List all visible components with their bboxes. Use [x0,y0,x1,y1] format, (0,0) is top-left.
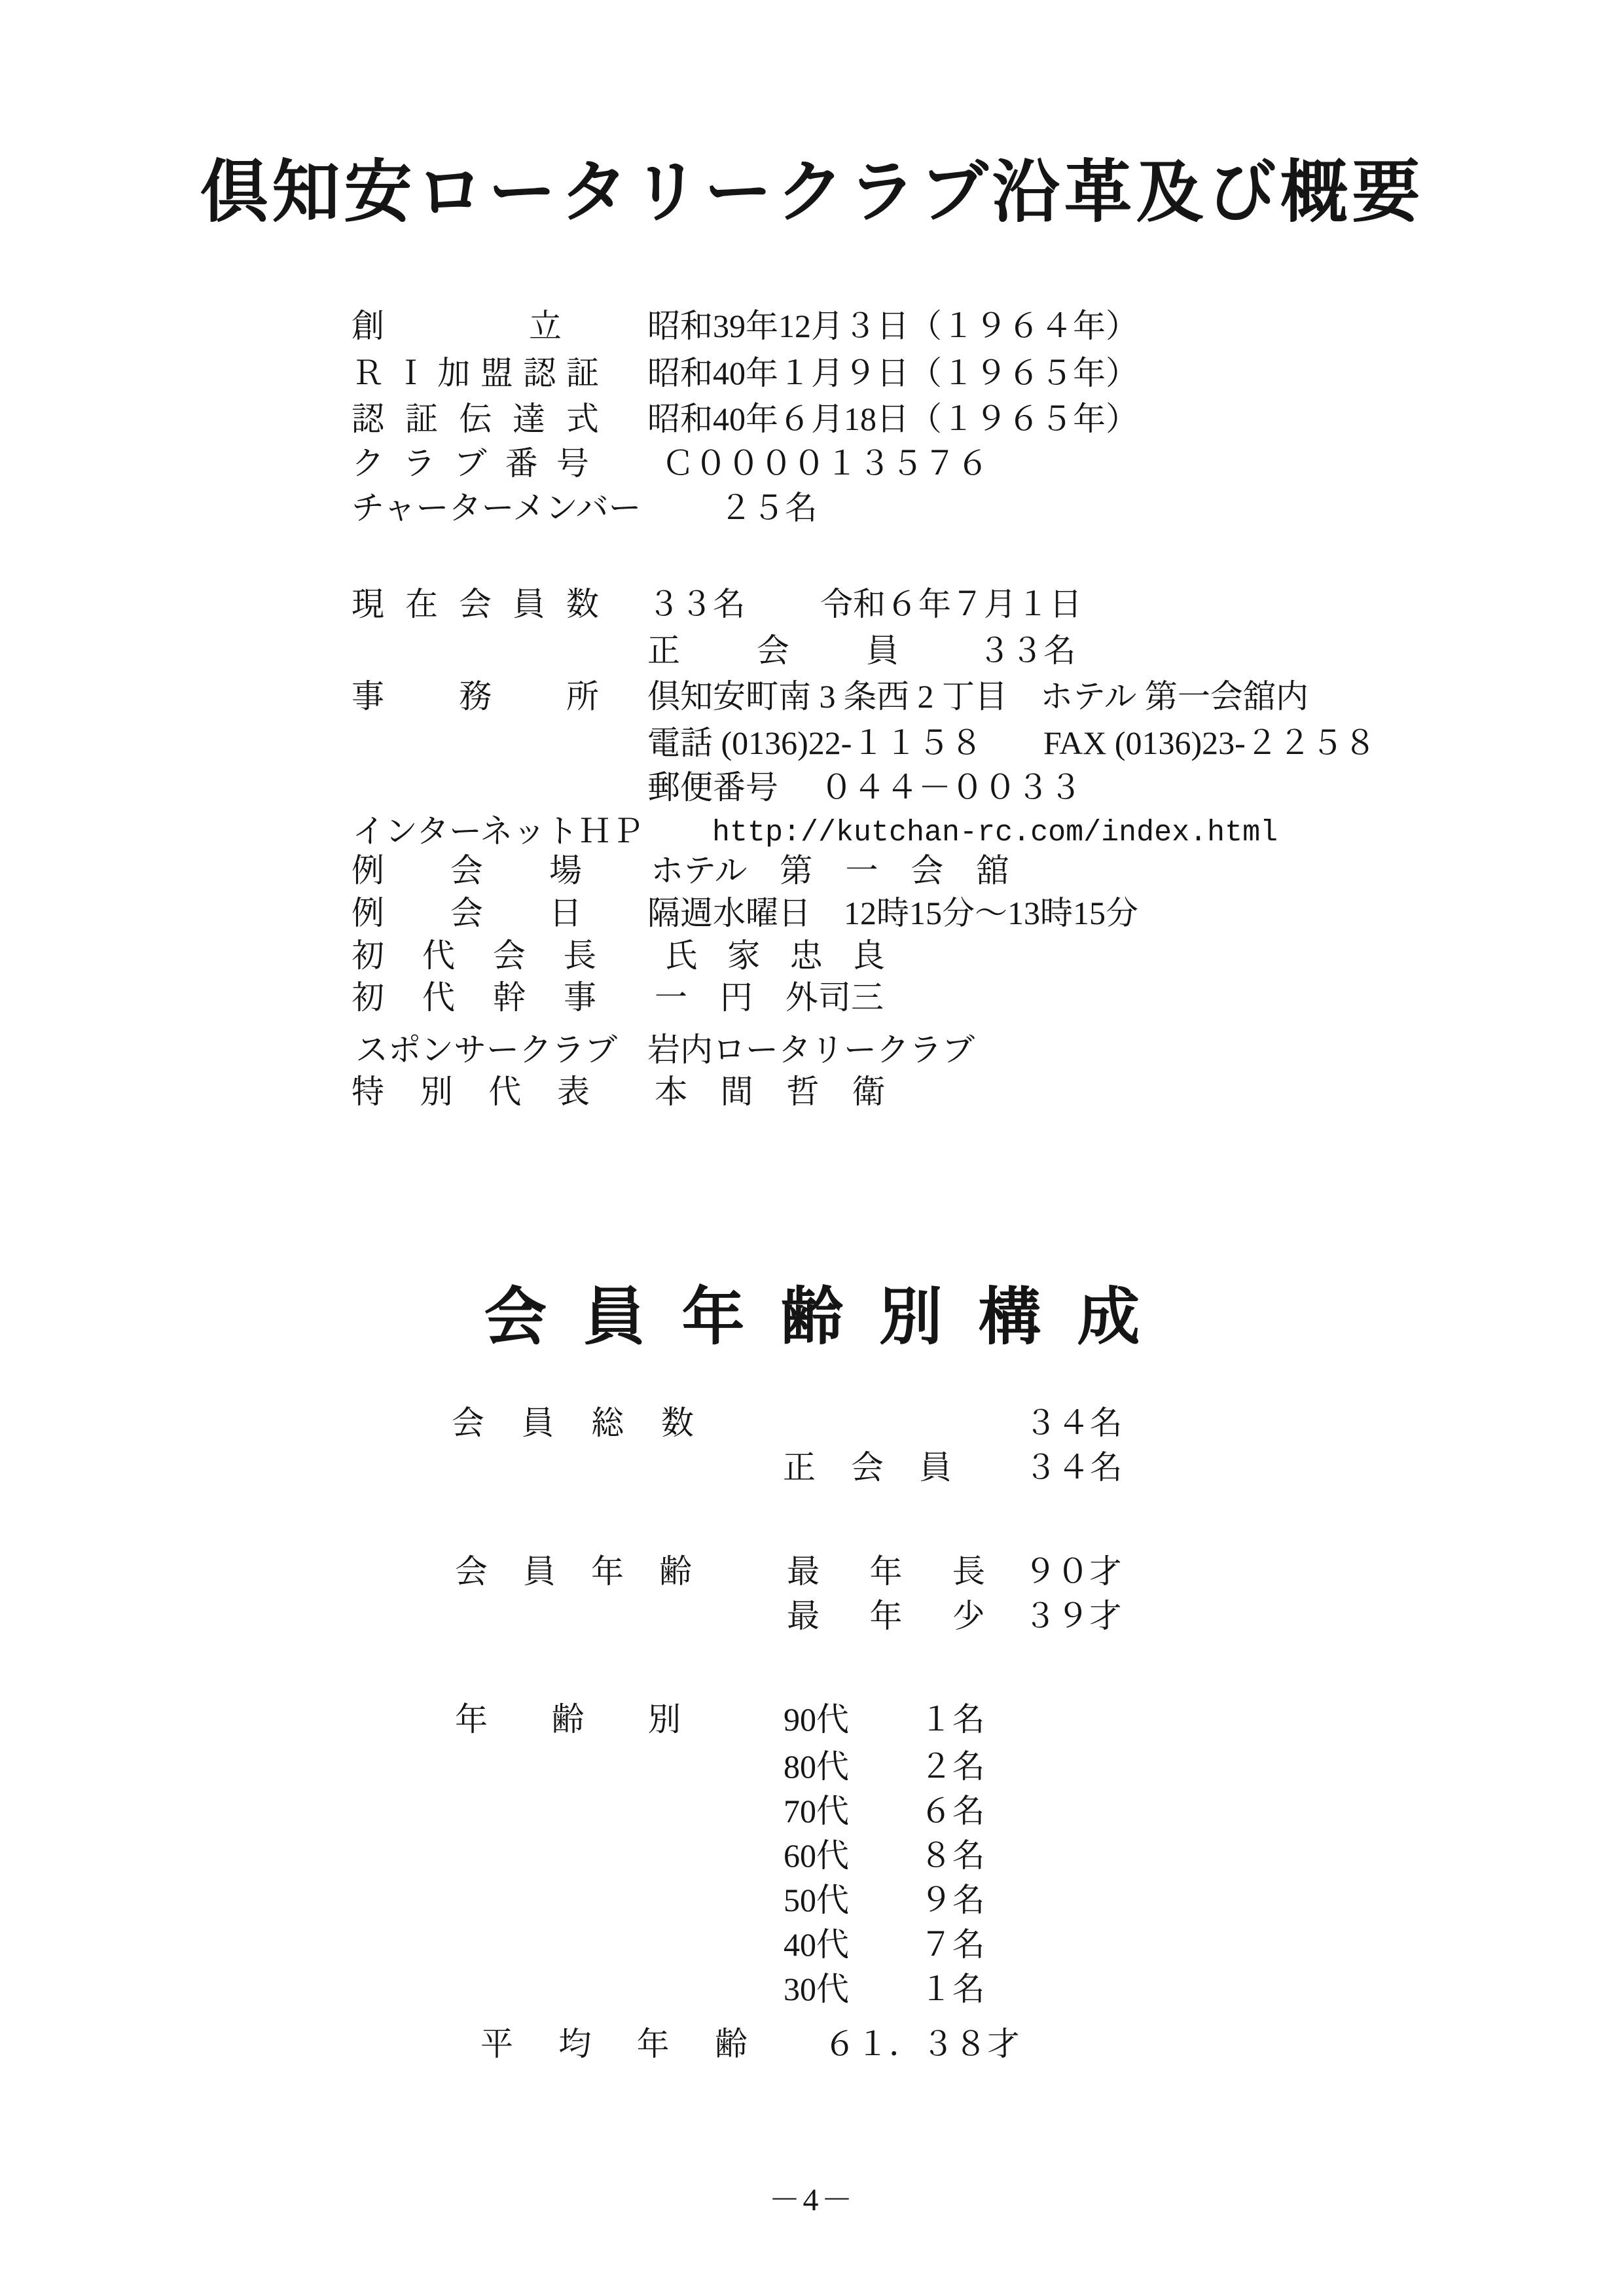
by-decade-label: 年齢別 [455,1701,681,1739]
fax-value: FAX (0136)23-２２５８ [1043,725,1377,762]
regular-members-label: 正会員 [647,632,899,670]
founded-row: 創立 昭和39年12月３日（１９６４年） [0,308,1624,348]
decade-90s-count: １名 [920,1701,985,1739]
charter-ceremony-label: 認証伝達式 [352,401,599,439]
website-label: インターネットＨＰ [352,813,644,851]
first-president-row: 初代会長 氏家忠良 [0,937,1624,978]
postal-code-label: 郵便番号 [647,769,778,807]
charter-ceremony-value: 昭和40年６月18日（１９６５年） [647,401,1138,439]
postal-code-row: 郵便番号 ０４４－００３３ [0,769,1624,810]
decade-60s-count: ８名 [920,1837,985,1875]
total-members-row: 会員総数 ３４名 [0,1405,1624,1445]
oldest-label: 最年長 [787,1553,985,1591]
office-address-label: 事務所 [352,678,599,716]
first-president-label: 初代会長 [352,937,596,975]
charter-ceremony-row: 認証伝達式 昭和40年６月18日（１９６５年） [0,401,1624,441]
average-age-row: 平均年齢 ６１．３８才 [0,2026,1624,2066]
charter-members-value: ２５名 [719,490,818,528]
first-president-name: 氏家忠良 [665,937,885,975]
regular-members-value: ３３名 [978,632,1076,670]
regular-members-row: 正会員 ３３名 [0,632,1624,673]
oldest-member-row: 会員年齢 最年長 ９０才 [0,1553,1624,1594]
first-secretary-row: 初代幹事 一 円 外司三 [0,979,1624,1020]
regular-members2-label: 正会員 [783,1449,952,1487]
document-page: 倶知安ロータリークラブ沿革及び概要 創立 昭和39年12月３日（１９６４年） Ｒ… [0,0,1624,2296]
current-members-as-of-date: 令和６年７月１日 [820,586,1082,624]
sponsor-club-row: スポンサークラブ 岩内ロータリークラブ [0,1031,1624,1072]
page-title: 倶知安ロータリークラブ沿革及び概要 [0,156,1624,230]
meeting-place-label: 例会場 [352,852,582,890]
office-address-row: 事務所 倶知安町南 3 条西 2 丁目 ホテル 第一会舘内 [0,678,1624,719]
decade-30s-count: １名 [920,1971,985,2009]
meeting-day-label: 例会日 [352,895,582,933]
sponsor-club-label: スポンサークラブ [355,1031,617,1069]
decade-row-80s: 80代 ２名 [0,1748,1624,1789]
oldest-value: ９０才 [1024,1553,1122,1591]
decade-row-40s: 40代 ７名 [0,1926,1624,1967]
regular-members2-row: 正会員 ３４名 [0,1449,1624,1490]
decade-40s: 40代 [784,1926,849,1964]
special-representative-label: 特別代表 [352,1073,590,1111]
decade-70s: 70代 [784,1793,849,1831]
decade-30s: 30代 [784,1971,849,2009]
club-number-label: クラブ番号 [352,445,589,483]
decade-50s: 50代 [784,1882,849,1920]
youngest-label: 最年少 [787,1598,985,1636]
charter-members-row: チャーターメンバー ２５名 [0,490,1624,530]
member-age-label: 会員年齢 [455,1553,692,1591]
founded-value: 昭和39年12月３日（１９６４年） [647,308,1138,346]
total-members-label: 会員総数 [452,1405,694,1443]
phone-fax-row: 電話 (0136)22-１１５８ FAX (0136)23-２２５８ [0,725,1624,765]
decade-70s-count: ６名 [920,1793,985,1831]
decade-80s-count: ２名 [920,1748,985,1786]
membership-section-title: 会員年齢別構成 [0,1283,1624,1352]
founded-label: 創立 [352,308,562,346]
first-secretary-label: 初代幹事 [352,979,596,1017]
average-age-value: ６１．３８才 [823,2026,1020,2064]
ri-admission-value: 昭和40年１月９日（１９６５年） [647,355,1138,393]
decade-row-50s: 50代 ９名 [0,1882,1624,1922]
decade-row-70s: 70代 ６名 [0,1793,1624,1833]
meeting-day-row: 例会日 隔週水曜日 12時15分～13時15分 [0,895,1624,935]
meeting-place-row: 例会場 ホテル 第 一 会 舘 [0,852,1624,893]
club-number-row: クラブ番号 Ｃ００００１３５７６ [0,445,1624,486]
website-row: インターネットＨＰ http://kutchan-rc.com/index.ht… [0,813,1624,853]
postal-code-value: ０４４－００３３ [820,769,1082,807]
average-age-label: 平均年齢 [480,2026,748,2064]
decade-90s: 90代 [784,1701,849,1739]
club-number-value: Ｃ００００１３５７６ [662,445,989,483]
current-members-row: 現在会員数 ３３名 令和６年７月１日 [0,586,1624,626]
meeting-place-value: ホテル 第 一 会 舘 [651,852,1009,890]
total-members-value: ３４名 [1024,1405,1123,1443]
decade-50s-count: ９名 [920,1882,985,1920]
youngest-member-row: 最年少 ３９才 [0,1598,1624,1638]
ri-admission-row: ＲＩ加盟認証 昭和40年１月９日（１９６５年） [0,355,1624,395]
first-secretary-name: 一 円 外司三 [655,979,884,1017]
decade-60s: 60代 [784,1837,849,1875]
charter-members-label: チャーターメンバー [352,490,641,528]
decade-row-60s: 60代 ８名 [0,1837,1624,1878]
current-members-value: ３３名 [647,586,746,624]
decade-row-90s: 年齢別 90代 １名 [0,1701,1624,1742]
regular-members2-value: ３４名 [1024,1449,1123,1487]
youngest-value: ３９才 [1024,1598,1122,1636]
website-url: http://kutchan-rc.com/index.html [712,816,1278,850]
phone-value: 電話 (0136)22-１１５８ [647,725,983,762]
decade-80s: 80代 [784,1748,849,1786]
decade-row-30s: 30代 １名 [0,1971,1624,2011]
meeting-day-value: 隔週水曜日 12時15分～13時15分 [647,895,1138,933]
ri-admission-label: ＲＩ加盟認証 [352,355,599,393]
decade-40s-count: ７名 [920,1926,985,1964]
sponsor-club-value: 岩内ロータリークラブ [647,1031,975,1069]
special-representative-name: 本間哲衛 [655,1073,885,1111]
current-members-label: 現在会員数 [352,586,599,624]
office-address-value: 倶知安町南 3 条西 2 丁目 ホテル 第一会舘内 [647,678,1308,716]
page-number: －4－ [0,2174,1624,2219]
special-representative-row: 特別代表 本間哲衛 [0,1073,1624,1114]
